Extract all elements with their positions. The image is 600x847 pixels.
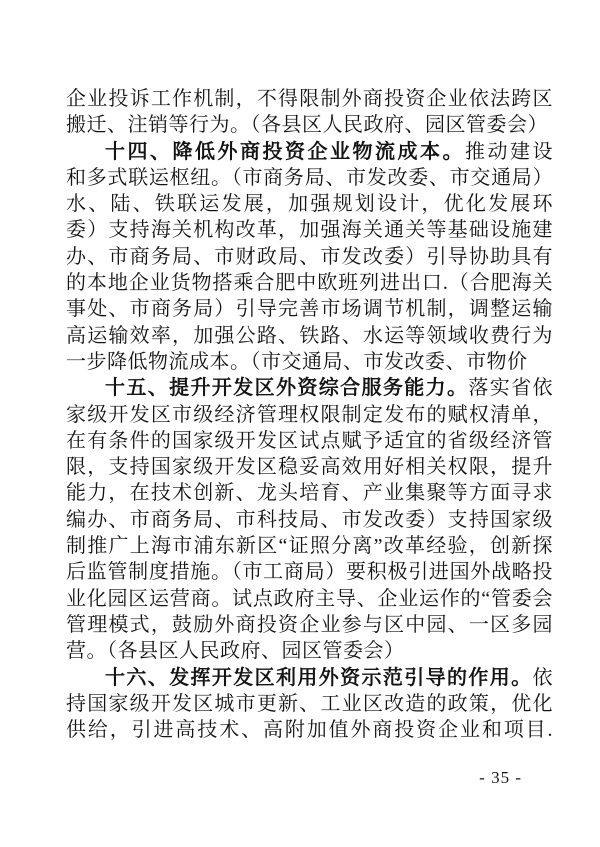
body-text: 后监管制度措施。（市工商局）要积极引进国外战略投资者、专 — [66, 561, 553, 585]
body-text: 的本地企业货物搭乘合肥中欧班列进出口.（合肥海关驻淮南办 — [66, 272, 553, 296]
body-text: 和多式联运枢纽。（市商务局、市发改委、市交通局）统筹协调 — [66, 167, 553, 191]
body-text: 制推广上海市浦东新区“证照分离”改革经验，创新探索事中事 — [66, 535, 553, 559]
document-body: 企业投诉工作机制，不得限制外商投资企业依法跨区域经营、搬迁、注销等行为。（各县区… — [66, 86, 553, 743]
text-line: 管理模式，鼓励外商投资企业参与区中园、一区多园等建设运 — [66, 612, 553, 638]
section-heading: 十六、发挥开发区利用外资示范引导的作用。 — [105, 667, 533, 689]
text-line: 在有条件的国家级开发区试点赋予适宜的省级经济管理审批权 — [66, 428, 553, 454]
text-line: 和多式联运枢纽。（市商务局、市发改委、市交通局）统筹协调 — [66, 165, 553, 191]
text-line: 企业投诉工作机制，不得限制外商投资企业依法跨区域经营、 — [66, 86, 553, 112]
text-line: 事处、市商务局）引导完善市场调节机制，调整运输结构，提 — [66, 296, 553, 322]
text-line: 的本地企业货物搭乘合肥中欧班列进出口.（合肥海关驻淮南办 — [66, 270, 553, 296]
page-number: - 35 - — [479, 768, 522, 788]
body-text: 能力，在技术创新、龙头培育、产业集聚等方面寻求突破。（市 — [66, 482, 553, 506]
text-line: 高运输效率，加强公路、铁路、水运等领域收费行为监管，进 — [66, 323, 553, 349]
document-page: 企业投诉工作机制，不得限制外商投资企业依法跨区域经营、搬迁、注销等行为。（各县区… — [0, 0, 600, 847]
body-text: 委）支持海关机构改革，加强海关通关等基础设施建设。（市编 — [66, 219, 553, 243]
text-line: 水、陆、铁联运发展，加强规划设计，优化发展环境。（市发改 — [66, 191, 553, 217]
text-line: 供给，引进高技术、高附加值外商投资企业和项目.（市商务局、 — [66, 717, 553, 743]
body-text: 搬迁、注销等行为。（各县区人民政府、园区管委会） — [66, 114, 548, 136]
body-text: 办、市商务局、市财政局、市发改委）引导协助具有全程提单 — [66, 246, 553, 270]
body-text: 事处、市商务局）引导完善市场调节机制，调整运输结构，提 — [66, 298, 553, 322]
body-text: 家级开发区市级经济管理权限制定发布的赋权清单，积极争取 — [66, 404, 553, 428]
section-heading: 十五、提升开发区外资综合服务能力。 — [105, 377, 468, 399]
text-line: 编办、市商务局、市科技局、市发改委）支持国家级开发区复 — [66, 507, 553, 533]
body-text: 编办、市商务局、市科技局、市发改委）支持国家级开发区复 — [66, 509, 553, 533]
text-line: 业化园区运营商。试点政府主导、企业运作的“管委会+公司” — [66, 586, 553, 612]
text-line: 营。（各县区人民政府、园区管委会） — [66, 638, 553, 664]
body-text: 限，支持国家级开发区稳妥高效用好相关权限，提升综合服务 — [66, 456, 553, 480]
body-text: 业化园区运营商。试点政府主导、企业运作的“管委会+公司” — [66, 588, 553, 612]
body-text: 在有条件的国家级开发区试点赋予适宜的省级经济管理审批权 — [66, 430, 553, 454]
text-line: 十六、发挥开发区利用外资示范引导的作用。依法制定支 — [66, 665, 553, 691]
body-text: 企业投诉工作机制，不得限制外商投资企业依法跨区域经营、 — [66, 88, 553, 112]
text-line: 委）支持海关机构改革，加强海关通关等基础设施建设。（市编 — [66, 217, 553, 243]
body-text: 高运输效率，加强公路、铁路、水运等领域收费行为监管，进 — [66, 325, 553, 349]
text-line: 后监管制度措施。（市工商局）要积极引进国外战略投资者、专 — [66, 559, 553, 585]
text-line: 能力，在技术创新、龙头培育、产业集聚等方面寻求突破。（市 — [66, 480, 553, 506]
text-line: 持国家级开发区城市更新、工业区改造的政策，优化土地存量 — [66, 691, 553, 717]
body-text: 一步降低物流成本。（市交通局、市发改委、市物价局） — [66, 351, 528, 375]
body-text: 持国家级开发区城市更新、工业区改造的政策，优化土地存量 — [66, 693, 553, 717]
text-line: 十五、提升开发区外资综合服务能力。落实省依法赋予国 — [66, 375, 553, 401]
text-line: 限，支持国家级开发区稳妥高效用好相关权限，提升综合服务 — [66, 454, 553, 480]
body-text: 水、陆、铁联运发展，加强规划设计，优化发展环境。（市发改 — [66, 193, 553, 217]
text-line: 十四、降低外商投资企业物流成本。推动建设水、铁口岸 — [66, 139, 553, 165]
body-text: 营。（各县区人民政府、园区管委会） — [66, 640, 405, 662]
section-heading: 十四、降低外商投资企业物流成本。 — [105, 141, 465, 163]
text-line: 一步降低物流成本。（市交通局、市发改委、市物价局） — [66, 349, 553, 375]
text-line: 办、市商务局、市财政局、市发改委）引导协助具有全程提单 — [66, 244, 553, 270]
text-line: 家级开发区市级经济管理权限制定发布的赋权清单，积极争取 — [66, 402, 553, 428]
text-line: 制推广上海市浦东新区“证照分离”改革经验，创新探索事中事 — [66, 533, 553, 559]
body-text: 供给，引进高技术、高附加值外商投资企业和项目.（市商务局、 — [66, 719, 553, 743]
text-line: 搬迁、注销等行为。（各县区人民政府、园区管委会） — [66, 112, 553, 138]
body-text: 管理模式，鼓励外商投资企业参与区中园、一区多园等建设运 — [66, 614, 553, 638]
